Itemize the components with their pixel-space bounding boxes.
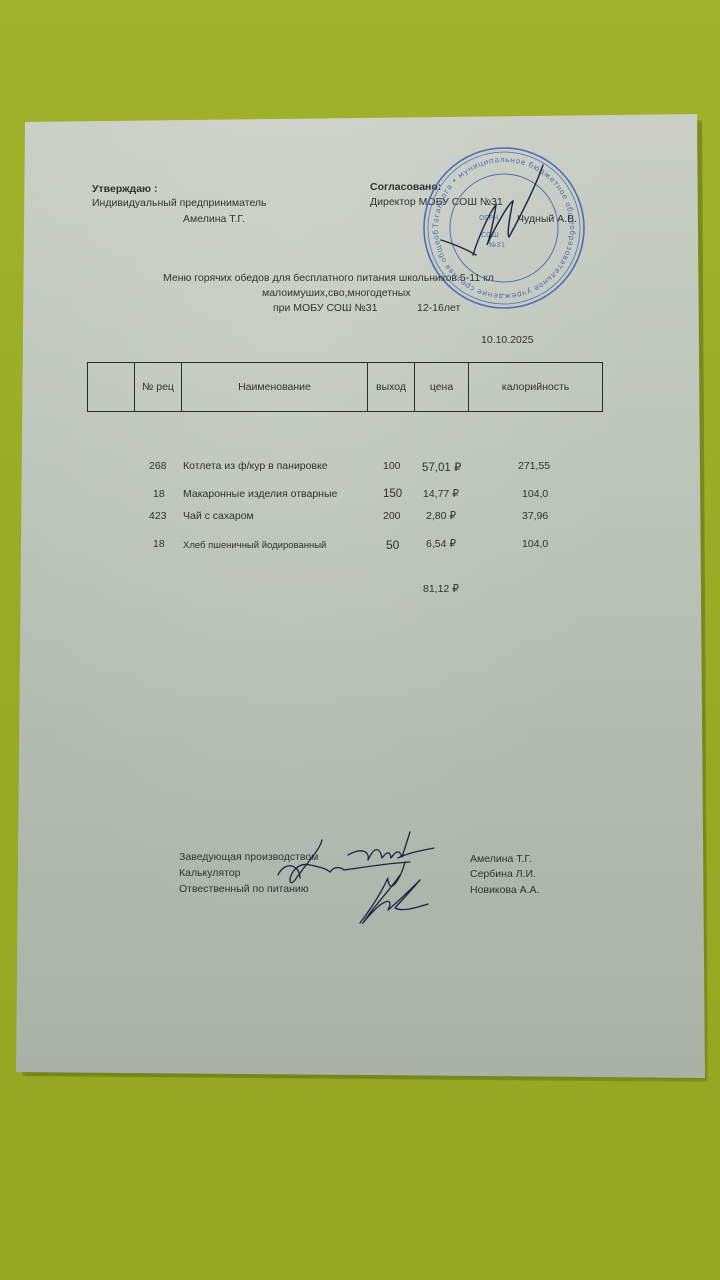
header-calories: калорийность (469, 363, 602, 411)
header-name: Наименование (182, 363, 368, 411)
row-yield: 200 (383, 510, 401, 522)
menu-title-school: при МОБУ СОШ №31 (273, 302, 377, 314)
header-price: цена (415, 363, 469, 411)
menu-date: 10.10.2025 (481, 334, 534, 346)
menu-table-header: № рец Наименование выход цена калорийнос… (87, 362, 603, 412)
menu-title-line2: малоимуших,сво,многодетных (262, 287, 411, 299)
handwritten-signatures (250, 820, 450, 940)
header-yield: выход (368, 363, 415, 411)
row-recipe: 423 (149, 510, 167, 522)
row-calories: 271,55 (518, 460, 550, 472)
svg-text:Таганрога • муниципальное бюдж: Таганрога • муниципальное бюджетное обще… (421, 145, 577, 301)
table-row: 268 Котлета из ф/кур в панировке 100 57,… (0, 460, 720, 476)
row-price: 57,01 ₽ (422, 460, 461, 474)
row-calories: 104,0 (522, 488, 548, 500)
signature-name-nutrition: Новикова А.А. (470, 884, 539, 896)
table-row: 423 Чай с сахаром 200 2,80 ₽ 37,96 (0, 510, 720, 526)
row-yield: 150 (383, 488, 402, 500)
row-yield: 100 (383, 460, 401, 472)
row-name: Котлета из ф/кур в панировке (183, 460, 328, 472)
row-recipe: 268 (149, 460, 167, 472)
row-calories: 104,0 (522, 538, 548, 550)
menu-total: 81,12 ₽ (423, 583, 459, 595)
signature-name-calculator: Сербина Л.И. (470, 868, 536, 880)
row-name: Чай с сахаром (183, 510, 254, 522)
row-recipe: 18 (153, 538, 165, 550)
row-calories: 37,96 (522, 510, 548, 522)
row-name: Хлеб пшеничный йодированный (183, 540, 326, 551)
official-stamp: Таганрога • муниципальное бюджетное обще… (421, 145, 587, 311)
table-row: 18 Макаронные изделия отварные 150 14,77… (0, 488, 720, 504)
table-row: 18 Хлеб пшеничный йодированный 50 6,54 ₽… (0, 538, 720, 554)
row-yield: 50 (386, 538, 399, 552)
header-recipe-no: № рец (135, 363, 182, 411)
svg-text:№31: №31 (489, 241, 505, 249)
header-empty (88, 363, 135, 411)
signature-name-production: Амелина Т.Г. (470, 853, 532, 865)
approve-name: Амелина Т.Г. (183, 213, 245, 225)
signature-role-calculator: Калькулятор (179, 867, 240, 879)
row-price: 6,54 ₽ (426, 538, 456, 550)
row-recipe: 18 (153, 488, 165, 500)
approve-heading: Утверждаю : (92, 183, 157, 195)
row-price: 2,80 ₽ (426, 510, 456, 522)
row-name: Макаронные изделия отварные (183, 488, 337, 500)
approve-role: Индивидуальный предприниматель (92, 197, 267, 209)
row-price: 14,77 ₽ (423, 488, 459, 500)
